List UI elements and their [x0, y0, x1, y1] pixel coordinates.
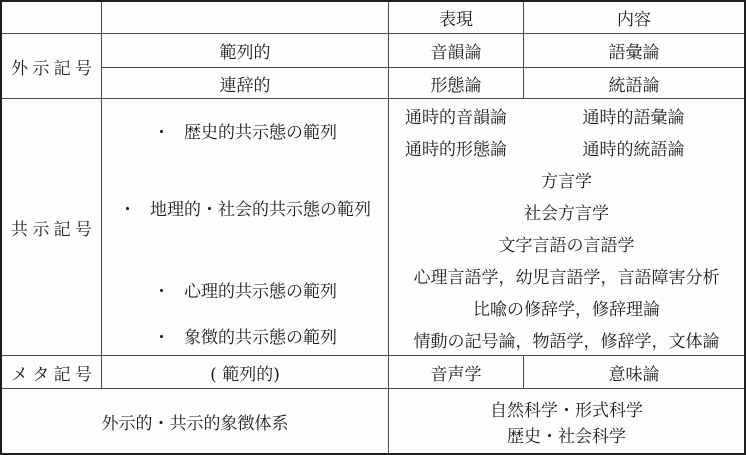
bullet-label: 地理的・社会的共示態の範列: [150, 198, 371, 222]
field-diachronic-syntax: 通時的統語論: [523, 135, 744, 160]
row-label-connotation-text: 共示記号: [2, 215, 101, 240]
cell-syntax: 統語論: [524, 68, 744, 98]
bullet-label: 象徴的共示態の範列: [184, 326, 337, 350]
field-line-psycholinguistics: 心理言語学，幼児言語学，言語障害分析: [389, 259, 744, 291]
connotation-fields-cell: 通時的音韻論 通時的語彙論 通時的形態論 通時的統語論 方言学 社会方言学 文字…: [389, 99, 744, 355]
field-line-rhetoric: 比喩の修辞学，修辞理論: [389, 291, 744, 323]
field-diachronic-phonology: 通時的音韻論: [389, 103, 523, 128]
field-diachronic-lexicology: 通時的語彙論: [523, 103, 744, 128]
cell-semantics: 意味論: [524, 356, 744, 388]
bullet-label: 歴史的共示態の範列: [184, 121, 337, 145]
bullet-icon: ・: [153, 280, 170, 304]
cell-syntagmatic: 連辞的: [102, 68, 388, 98]
footer-sciences-cell: 自然科学・形式科学 歴史・社会科学: [389, 389, 744, 453]
field-line-written-language: 文字言語の言語学: [389, 227, 744, 259]
footer-symbol-system-cell: 外示的・共示的象徴体系: [2, 389, 388, 453]
field-line-sociodialectology: 社会方言学: [389, 195, 744, 227]
bullet-item-symbolic: ・ 象徴的共示態の範列: [102, 326, 388, 350]
cell-phonology: 音韻論: [389, 34, 523, 67]
science-line-historical-social: 歴史・社会科学: [507, 422, 626, 447]
header-spacer-axis: [102, 2, 388, 33]
field-diachronic-morphology: 通時的形態論: [389, 135, 523, 160]
row-label-denotation-text: 外示記号: [2, 54, 101, 79]
linguistics-sign-table: 表現 内容 外示記号 範列的 音韻論 語彙論 連辞的 形態論 統語論 共示記号 …: [0, 0, 746, 455]
field-line-dialectology: 方言学: [389, 163, 744, 195]
row-label-denotation: 外示記号: [2, 34, 101, 98]
bullet-icon: ・: [153, 326, 170, 350]
field-line-semiotics-of-emotion: 情動の記号論，物語学，修辞学，文体論: [389, 323, 744, 355]
bullet-icon: ・: [153, 121, 170, 145]
bullet-label: 心理的共示態の範列: [184, 280, 337, 304]
field-line-diachronic-1: 通時的音韻論 通時的語彙論: [389, 99, 744, 131]
row-label-meta: メタ記号: [2, 356, 101, 388]
row-label-connotation: 共示記号: [2, 99, 101, 355]
bullet-item-historical: ・ 歴史的共示態の範列: [102, 121, 388, 145]
cell-paradigmatic: 範列的: [102, 34, 388, 67]
bullet-item-geographic-social: ・ 地理的・社会的共示態の範列: [102, 198, 388, 222]
cell-meta-axis: ( 範列的): [102, 356, 388, 388]
cell-lexicology: 語彙論: [524, 34, 744, 67]
header-content: 内容: [524, 2, 744, 33]
bullet-item-psychological: ・ 心理的共示態の範列: [102, 280, 388, 304]
cell-phonetics: 音声学: [389, 356, 523, 388]
cell-morphology: 形態論: [389, 68, 523, 98]
science-line-natural-formal: 自然科学・形式科学: [490, 396, 643, 421]
field-line-diachronic-2: 通時的形態論 通時的統語論: [389, 131, 744, 163]
row-label-meta-text: メタ記号: [2, 360, 101, 385]
header-spacer-row-label: [2, 2, 101, 33]
header-expression: 表現: [389, 2, 523, 33]
connotation-paradigms-cell: ・ 歴史的共示態の範列 ・ 地理的・社会的共示態の範列 ・ 心理的共示態の範列 …: [102, 99, 388, 355]
bullet-icon: ・: [119, 198, 136, 222]
